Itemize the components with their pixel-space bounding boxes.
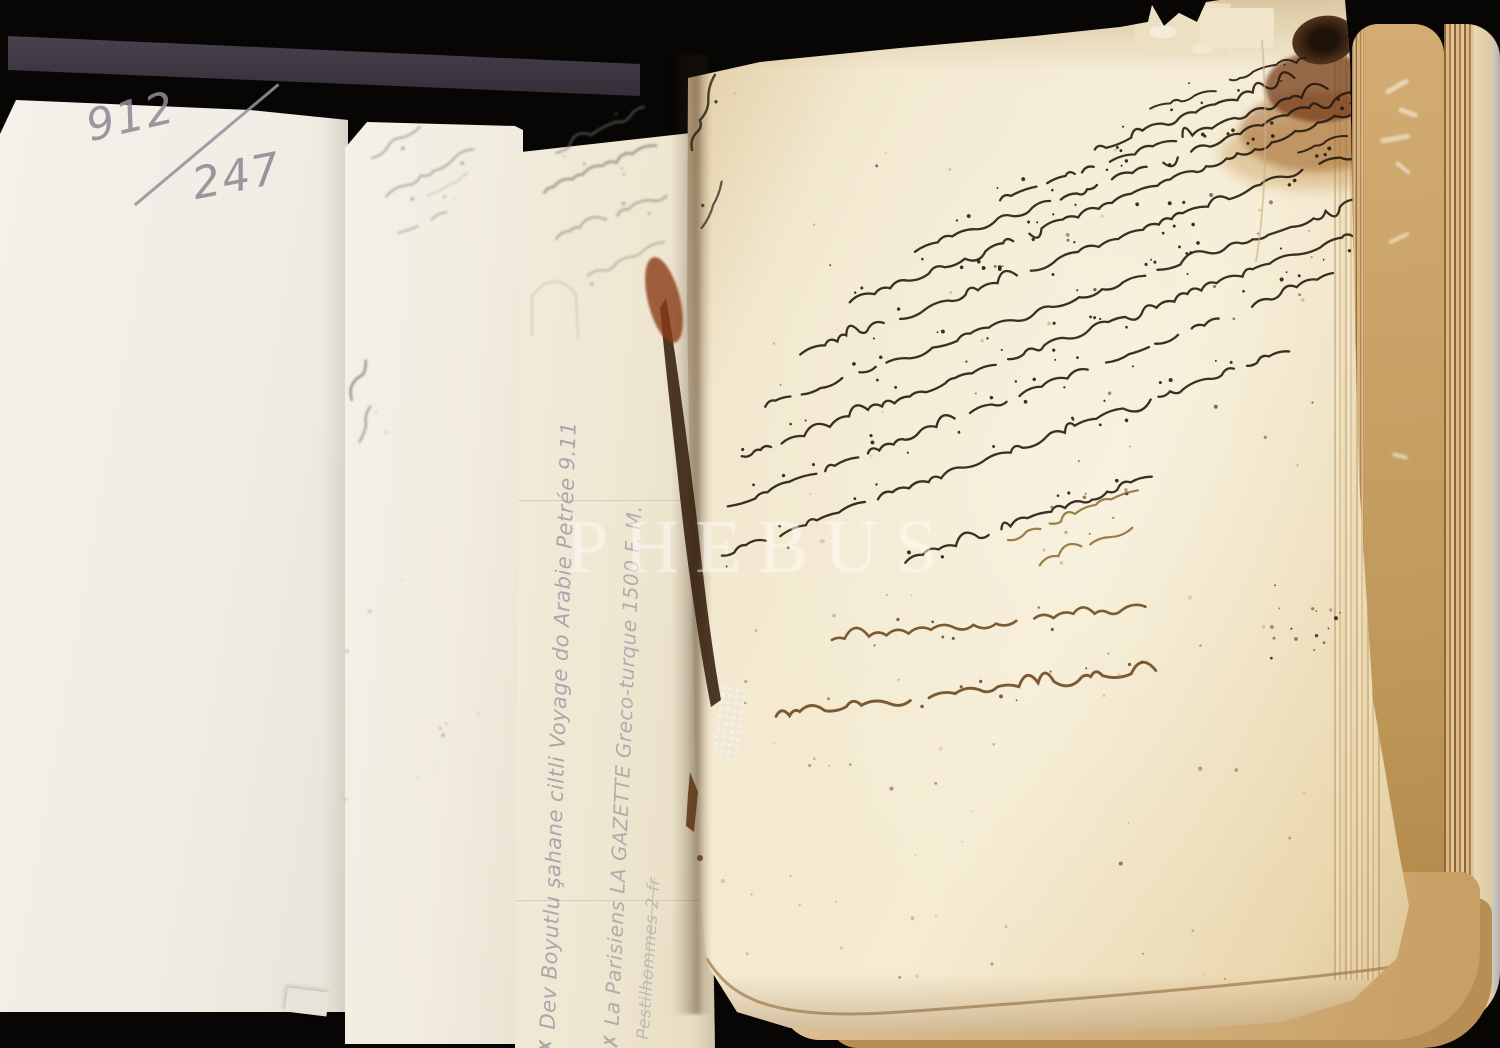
page-edge-shadow	[322, 96, 348, 1016]
page-edge-strip	[1474, 24, 1492, 1026]
inventory-denominator: 247	[188, 143, 286, 210]
glue-shine-mark	[1380, 133, 1410, 143]
manuscript-photo: 912 247 ✗ Dev Boyutlu şahane ciltli Voya…	[0, 0, 1500, 1048]
torn-paper-fleck	[1150, 26, 1176, 38]
page-corner-fold	[285, 988, 330, 1017]
inventory-numerator: 912	[81, 82, 180, 152]
watermark: PHEBUS	[566, 504, 1006, 596]
glue-shine-mark	[1388, 232, 1410, 245]
inventory-number: 912 247	[61, 63, 330, 262]
glue-shine-mark	[1395, 161, 1411, 176]
flyleaf-page-middle	[345, 118, 523, 1044]
glue-shine-mark	[1392, 452, 1408, 460]
torn-paper-patch	[1200, 8, 1274, 48]
glue-shine-mark	[1398, 107, 1419, 119]
torn-paper-fleck	[1192, 44, 1212, 54]
outer-edge-strip	[1492, 24, 1500, 1026]
glue-shine-mark	[1384, 78, 1409, 95]
